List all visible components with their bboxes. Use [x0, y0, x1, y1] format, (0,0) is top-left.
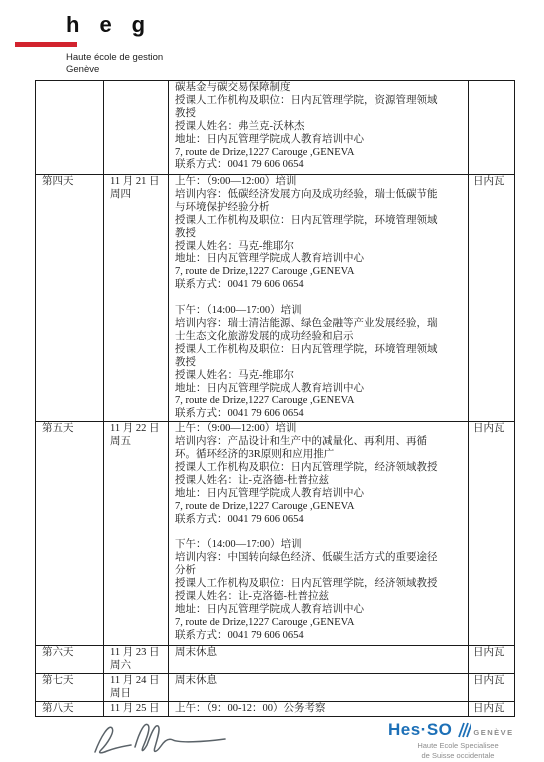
heg-logo: heg — [66, 12, 165, 38]
table-row-day7: 第七天 11 月 24 日 周日 周末休息 日内瓦 — [36, 674, 515, 702]
content-cell: 上午：（9:00—12:00）培训 培训内容：低碳经济发展方向及成功经验，瑞士低… — [169, 175, 469, 422]
hes-so-logo: Hes·SO GENÈVE Haute Ecole Specialisee de… — [388, 720, 533, 760]
hes-so-subtitle-line2: de Suisse occidentale — [388, 751, 528, 761]
hes-so-logo-line: Hes·SO GENÈVE — [388, 720, 533, 740]
day-cell: 第七天 — [36, 674, 104, 702]
table-row-day5: 第五天 11 月 22 日 周五 上午：（9:00—12:00）培训 培训内容：… — [36, 422, 515, 646]
table-row-day4: 第四天 11 月 21 日 周四 上午：（9:00—12:00）培训 培训内容：… — [36, 175, 515, 422]
hes-so-subtitle: Haute Ecole Specialisee de Suisse occide… — [388, 741, 528, 760]
date-cell: 11 月 23 日 周六 — [104, 646, 169, 674]
school-name: Haute école de gestion Genève — [66, 52, 163, 76]
heg-logo-red-bar — [15, 42, 77, 47]
location-cell: 日内瓦 — [469, 422, 515, 646]
table-row-day6: 第六天 11 月 23 日 周六 周末休息 日内瓦 — [36, 646, 515, 674]
hes-so-wordmark: Hes·SO — [388, 720, 452, 740]
day-cell: 第六天 — [36, 646, 104, 674]
location-cell: 日内瓦 — [469, 175, 515, 422]
school-name-line2: Genève — [66, 64, 163, 76]
content-cell: 周末休息 — [169, 646, 469, 674]
signature-image — [85, 712, 235, 762]
day-cell — [36, 81, 104, 175]
content-cell: 碳基金与碳交易保障制度 授课人工作机构及职位：日内瓦管理学院，资源管理领域 教授… — [169, 81, 469, 175]
hes-so-subtitle-line1: Haute Ecole Specialisee — [388, 741, 528, 751]
date-cell — [104, 81, 169, 175]
location-cell: 日内瓦 — [469, 646, 515, 674]
hes-so-slashes-icon — [455, 722, 471, 738]
hes-so-region-label: GENÈVE — [473, 724, 513, 737]
school-name-line1: Haute école de gestion — [66, 52, 163, 64]
date-cell: 11 月 21 日 周四 — [104, 175, 169, 422]
day-cell: 第五天 — [36, 422, 104, 646]
table-row-continuation: 碳基金与碳交易保障制度 授课人工作机构及职位：日内瓦管理学院，资源管理领域 教授… — [36, 81, 515, 175]
location-cell: 日内瓦 — [469, 701, 515, 716]
location-cell — [469, 81, 515, 175]
date-cell: 11 月 24 日 周日 — [104, 674, 169, 702]
content-cell: 上午：（9:00—12:00）培训 培训内容：产品设计和生产中的减量化、再利用、… — [169, 422, 469, 646]
location-cell: 日内瓦 — [469, 674, 515, 702]
date-cell: 11 月 22 日 周五 — [104, 422, 169, 646]
content-cell: 周末休息 — [169, 674, 469, 702]
day-cell: 第四天 — [36, 175, 104, 422]
schedule-table: 碳基金与碳交易保障制度 授课人工作机构及职位：日内瓦管理学院，资源管理领域 教授… — [35, 80, 515, 717]
